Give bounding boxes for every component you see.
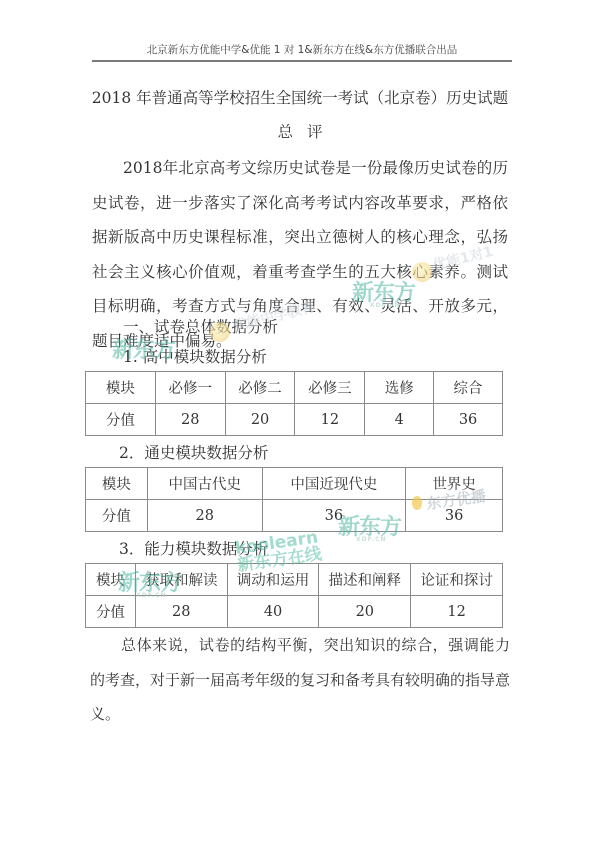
table-cell: 分值: [86, 500, 148, 532]
table-cell: 必修二: [225, 372, 295, 404]
document-subtitle: 总评: [40, 120, 560, 142]
table2-heading: 2．通史模块数据分析: [119, 441, 268, 463]
table-row: 分值 28 20 12 4 36: [86, 404, 503, 436]
table-cell: 40: [227, 596, 319, 628]
table-cell: 论证和探讨: [411, 564, 503, 596]
table-cell: 调动和运用: [227, 564, 319, 596]
table-cell: 模块: [86, 372, 156, 404]
table-row: 分值 28 36 36: [86, 500, 503, 532]
closing-paragraph: 总体来说，试卷的结构平衡，突出知识的综合，强调能力的考查，对于新一届高考年级的复…: [90, 628, 510, 732]
table-cell: 分值: [86, 404, 156, 436]
table-cell: 28: [135, 596, 227, 628]
table-cell: 选修: [365, 372, 434, 404]
table-cell: 28: [155, 404, 225, 436]
table-row: 分值 28 40 20 12: [86, 596, 503, 628]
table-cell: 28: [147, 500, 262, 532]
table-cell: 12: [295, 404, 365, 436]
table-header-row: 模块 获取和解读 调动和运用 描述和阐释 论证和探讨: [86, 564, 503, 596]
section-heading: 一、试卷总体数据分析: [123, 315, 278, 337]
table-cell: 12: [411, 596, 503, 628]
table-cell: 世界史: [406, 468, 503, 500]
table-ability-modules: 模块 获取和解读 调动和运用 描述和阐释 论证和探讨 分值 28 40 20 1…: [85, 563, 503, 628]
table3-heading: 3．能力模块数据分析: [119, 537, 268, 559]
table-cell: 模块: [86, 468, 148, 500]
table-cell: 获取和解读: [135, 564, 227, 596]
table-cell: 36: [434, 404, 503, 436]
table-general-history-modules: 模块 中国古代史 中国近现代史 世界史 分值 28 36 36: [85, 467, 503, 532]
table1-heading: 1. 高中模块数据分析: [123, 345, 267, 367]
table-cell: 20: [225, 404, 295, 436]
table-cell: 36: [262, 500, 406, 532]
table-cell: 模块: [86, 564, 136, 596]
table-header-row: 模块 必修一 必修二 必修三 选修 综合: [86, 372, 503, 404]
table-cell: 20: [319, 596, 411, 628]
table-high-school-modules: 模块 必修一 必修二 必修三 选修 综合 分值 28 20 12 4 36: [85, 371, 503, 436]
watermark-xdf-domain: XDF.CN: [356, 536, 401, 543]
table-cell: 中国古代史: [147, 468, 262, 500]
publisher-header: 北京新东方优能中学&优能 1 对 1&新东方在线&东方优播联合出品: [92, 42, 512, 57]
table-cell: 必修一: [155, 372, 225, 404]
closing-paragraph-text: 总体来说，试卷的结构平衡，突出知识的综合，强调能力的考查，对于新一届高考年级的复…: [90, 628, 510, 732]
table-cell: 综合: [434, 372, 503, 404]
table-cell: 分值: [86, 596, 136, 628]
header-divider: [92, 60, 512, 62]
document-title: 2018 年普通高等学校招生全国统一考试（北京卷）历史试题: [40, 86, 560, 108]
table-cell: 中国近现代史: [262, 468, 406, 500]
table-cell: 描述和阐释: [319, 564, 411, 596]
table-cell: 36: [406, 500, 503, 532]
table-cell: 必修三: [295, 372, 365, 404]
table-header-row: 模块 中国古代史 中国近现代史 世界史: [86, 468, 503, 500]
table-cell: 4: [365, 404, 434, 436]
